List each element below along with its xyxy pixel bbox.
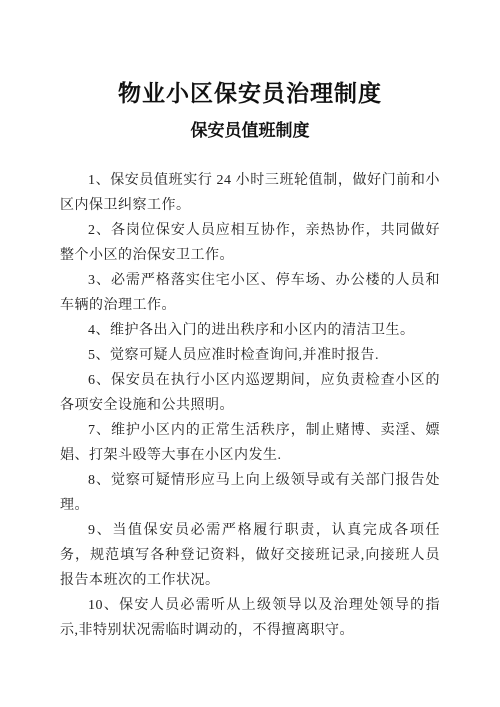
paragraph-4: 4、维护各出入门的进出秩序和小区内的清洁卫生。 (60, 318, 440, 343)
document-body: 1、保安员值班实行 24 小时三班轮值制，做好门前和小区内保卫纠察工作。 2、各… (60, 168, 440, 643)
paragraph-10: 10、保安人员必需听从上级领导以及治理处领导的指示,非特别状况需临时调动的，不得… (60, 593, 440, 643)
paragraph-7: 7、维护小区内的正常生活秩序，制止赌博、卖淫、嫖娼、打架斗殴等大事在小区内发生. (60, 418, 440, 468)
document-title: 物业小区保安员治理制度 (60, 78, 440, 108)
paragraph-6: 6、保安员在执行小区内巡逻期间，应负责检查小区的各项安全设施和公共照明。 (60, 368, 440, 418)
paragraph-2: 2、各岗位保安人员应相互协作，亲热协作，共同做好整个小区的治保安卫工作。 (60, 218, 440, 268)
paragraph-5: 5、觉察可疑人员应准时检查询问,并准时报告. (60, 343, 440, 368)
paragraph-1: 1、保安员值班实行 24 小时三班轮值制，做好门前和小区内保卫纠察工作。 (60, 168, 440, 218)
document-subtitle: 保安员值班制度 (60, 120, 440, 142)
paragraph-8: 8、觉察可疑情形应马上向上级领导或有关部门报告处理。 (60, 468, 440, 518)
document-page: 物业小区保安员治理制度 保安员值班制度 1、保安员值班实行 24 小时三班轮值制… (0, 0, 500, 707)
paragraph-9: 9、当值保安员必需严格履行职责，认真完成各项任务，规范填写各种登记资料，做好交接… (60, 518, 440, 593)
paragraph-3: 3、必需严格落实住宅小区、停车场、办公楼的人员和车辆的治理工作。 (60, 268, 440, 318)
